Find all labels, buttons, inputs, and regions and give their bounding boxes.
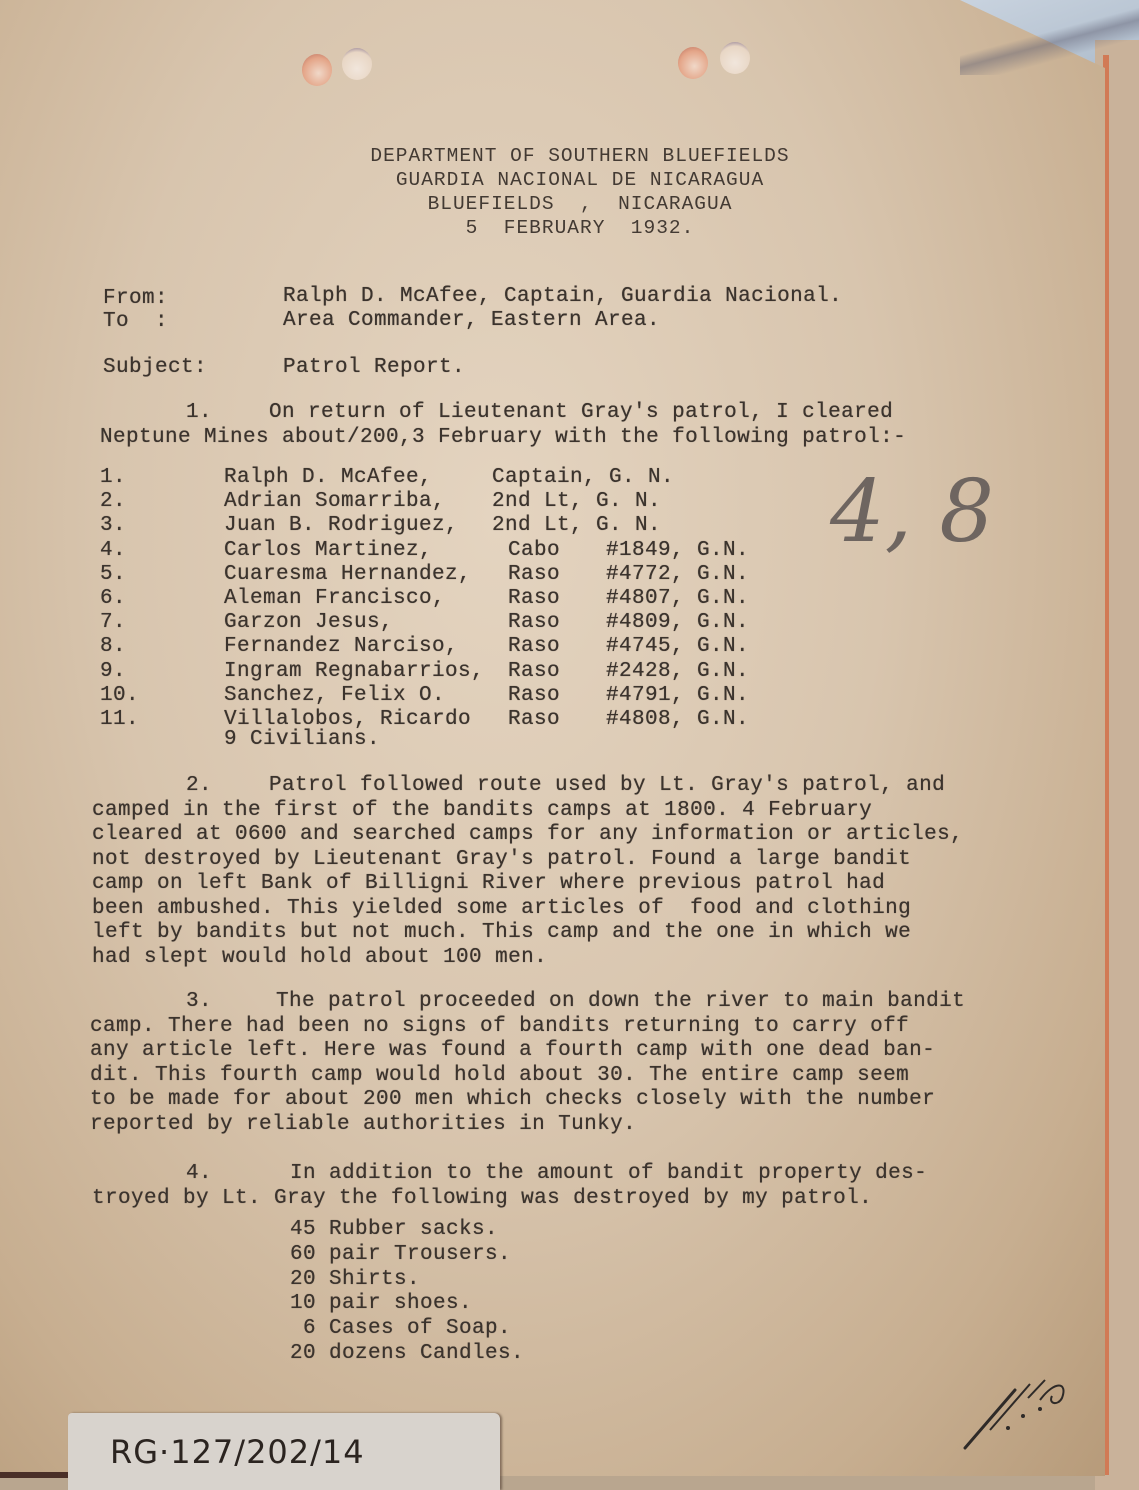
civilians-count: 9 Civilians.: [224, 728, 380, 753]
roster-serial: #4745, G.N.: [606, 635, 749, 660]
archive-reference-label: RG·127/202/14: [68, 1413, 500, 1490]
paragraph-2-line: camp on left Bank of Billigni River wher…: [92, 872, 885, 897]
roster-rank: Raso: [508, 660, 560, 685]
paragraph-2-number: 2.: [186, 774, 212, 799]
roster-rank: Cabo: [508, 539, 560, 564]
roster-number: 7.: [100, 611, 126, 636]
folded-corner-shadow: [960, 0, 1139, 75]
folder-edge: [0, 1472, 68, 1478]
to-label: To :: [103, 310, 168, 335]
paragraph-2-line: camped in the first of the bandits camps…: [92, 799, 872, 824]
destroyed-item: 20 dozens Candles.: [290, 1342, 524, 1367]
punch-hole: [678, 47, 708, 79]
paragraph-3-line: to be made for about 200 men which check…: [90, 1088, 935, 1113]
roster-rank: Raso: [508, 708, 560, 733]
paragraph-2-line: not destroyed by Lieutenant Gray's patro…: [92, 848, 911, 873]
roster-number: 10.: [100, 684, 139, 709]
roster-number: 9.: [100, 660, 126, 685]
roster-rank: Raso: [508, 635, 560, 660]
paragraph-3-line: reported by reliable authorities in Tunk…: [90, 1113, 636, 1138]
paragraph-2-line: left by bandits but not much. This camp …: [92, 921, 911, 946]
roster-name: Fernandez Narciso,: [224, 635, 458, 660]
punch-hole: [720, 42, 750, 74]
to-value: Area Commander, Eastern Area.: [283, 309, 660, 334]
paragraph-3-number: 3.: [186, 990, 212, 1015]
destroyed-item: 45 Rubber sacks.: [290, 1218, 498, 1243]
signature-initials: [960, 1370, 1110, 1460]
roster-rank: Raso: [508, 684, 560, 709]
roster-number: 6.: [100, 587, 126, 612]
roster-number: 4.: [100, 539, 126, 564]
roster-serial: #2428, G.N.: [606, 660, 749, 685]
roster-name: Ingram Regnabarrios,: [224, 660, 484, 685]
roster-name: Carlos Martinez,: [224, 539, 432, 564]
letterhead-location: BLUEFIELDS , NICARAGUA: [300, 192, 860, 216]
roster-rank: 2nd Lt, G. N.: [492, 514, 661, 539]
paragraph-1-line: Neptune Mines about/200,3 February with …: [100, 426, 906, 451]
letterhead-date: 5 FEBRUARY 1932.: [300, 216, 860, 240]
paragraph-3-line: dit. This fourth camp would hold about 3…: [90, 1064, 909, 1089]
paragraph-2-line: been ambushed. This yielded some article…: [92, 897, 911, 922]
roster-serial: #4807, G.N.: [606, 587, 749, 612]
subject-label: Subject:: [103, 356, 207, 381]
punch-hole: [342, 48, 372, 80]
letterhead: DEPARTMENT OF SOUTHERN BLUEFIELDS GUARDI…: [300, 144, 860, 240]
roster-serial: #4772, G.N.: [606, 563, 749, 588]
roster-rank: Raso: [508, 587, 560, 612]
destroyed-item: 10 pair shoes.: [290, 1292, 472, 1317]
roster-serial: #4808, G.N.: [606, 708, 749, 733]
punch-hole: [302, 54, 332, 86]
destroyed-item: 6 Cases of Soap.: [290, 1317, 511, 1342]
paragraph-2-line: cleared at 0600 and searched camps for a…: [92, 823, 963, 848]
letterhead-organization: GUARDIA NACIONAL DE NICARAGUA: [300, 168, 860, 192]
roster-number: 5.: [100, 563, 126, 588]
paragraph-3-line: camp. There had been no signs of bandits…: [90, 1015, 909, 1040]
destroyed-item: 20 Shirts.: [290, 1268, 420, 1293]
roster-serial: #4809, G.N.: [606, 611, 749, 636]
paragraph-1-number: 1.: [186, 401, 212, 426]
roster-name: Cuaresma Hernandez,: [224, 563, 471, 588]
roster-rank: 2nd Lt, G. N.: [492, 490, 661, 515]
roster-number: 2.: [100, 490, 126, 515]
roster-rank: Raso: [508, 563, 560, 588]
roster-number: 1.: [100, 466, 126, 491]
paragraph-4-number: 4.: [186, 1162, 212, 1187]
roster-number: 8.: [100, 635, 126, 660]
paragraph-4-line: troyed by Lt. Gray the following was des…: [92, 1187, 872, 1212]
letterhead-department: DEPARTMENT OF SOUTHERN BLUEFIELDS: [300, 144, 860, 168]
roster-name: Garzon Jesus,: [224, 611, 393, 636]
archive-reference-number: RG·127/202/14: [110, 1433, 365, 1471]
roster-rank: Captain, G. N.: [492, 466, 674, 491]
roster-name: Juan B. Rodriguez,: [224, 514, 458, 539]
roster-serial: #4791, G.N.: [606, 684, 749, 709]
roster-name: Sanchez, Felix O.: [224, 684, 445, 709]
paragraph-2-line: had slept would hold about 100 men.: [92, 946, 547, 971]
roster-number: 3.: [100, 514, 126, 539]
roster-name: Aleman Francisco,: [224, 587, 445, 612]
from-value: Ralph D. McAfee, Captain, Guardia Nacion…: [283, 285, 842, 310]
paragraph-4-line: In addition to the amount of bandit prop…: [290, 1162, 927, 1187]
destroyed-item: 60 pair Trousers.: [290, 1243, 511, 1268]
paragraph-1-line: On return of Lieutenant Gray's patrol, I…: [269, 401, 893, 426]
paragraph-2-line: Patrol followed route used by Lt. Gray's…: [269, 774, 945, 799]
handwritten-margin-note: 4, 8: [830, 462, 994, 562]
roster-number: 11.: [100, 708, 139, 733]
from-label: From:: [103, 287, 168, 312]
paragraph-3-line: any article left. Here was found a fourt…: [90, 1039, 935, 1064]
roster-name: Ralph D. McAfee,: [224, 466, 432, 491]
roster-rank: Raso: [508, 611, 560, 636]
paragraph-3-line: The patrol proceeded on down the river t…: [276, 990, 965, 1015]
roster-name: Adrian Somarriba,: [224, 490, 445, 515]
roster-serial: #1849, G.N.: [606, 539, 749, 564]
subject-value: Patrol Report.: [283, 356, 465, 381]
